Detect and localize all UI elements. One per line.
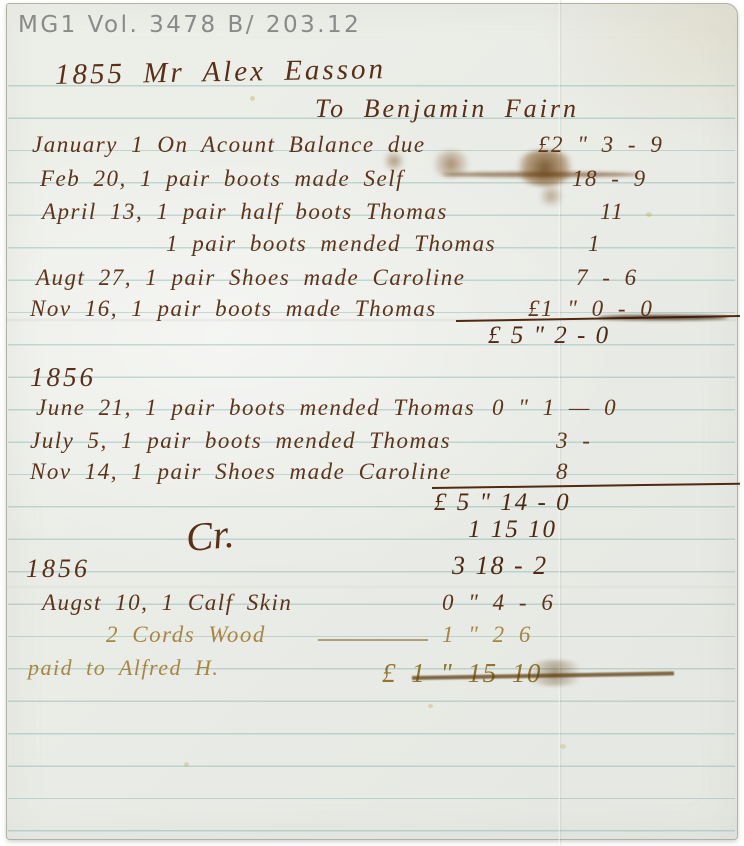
scanned-ledger-image: MG1 Vol. 3478 B/ 203.12 1855 Mr Alex Eas…	[0, 0, 744, 846]
document-page	[6, 3, 738, 840]
